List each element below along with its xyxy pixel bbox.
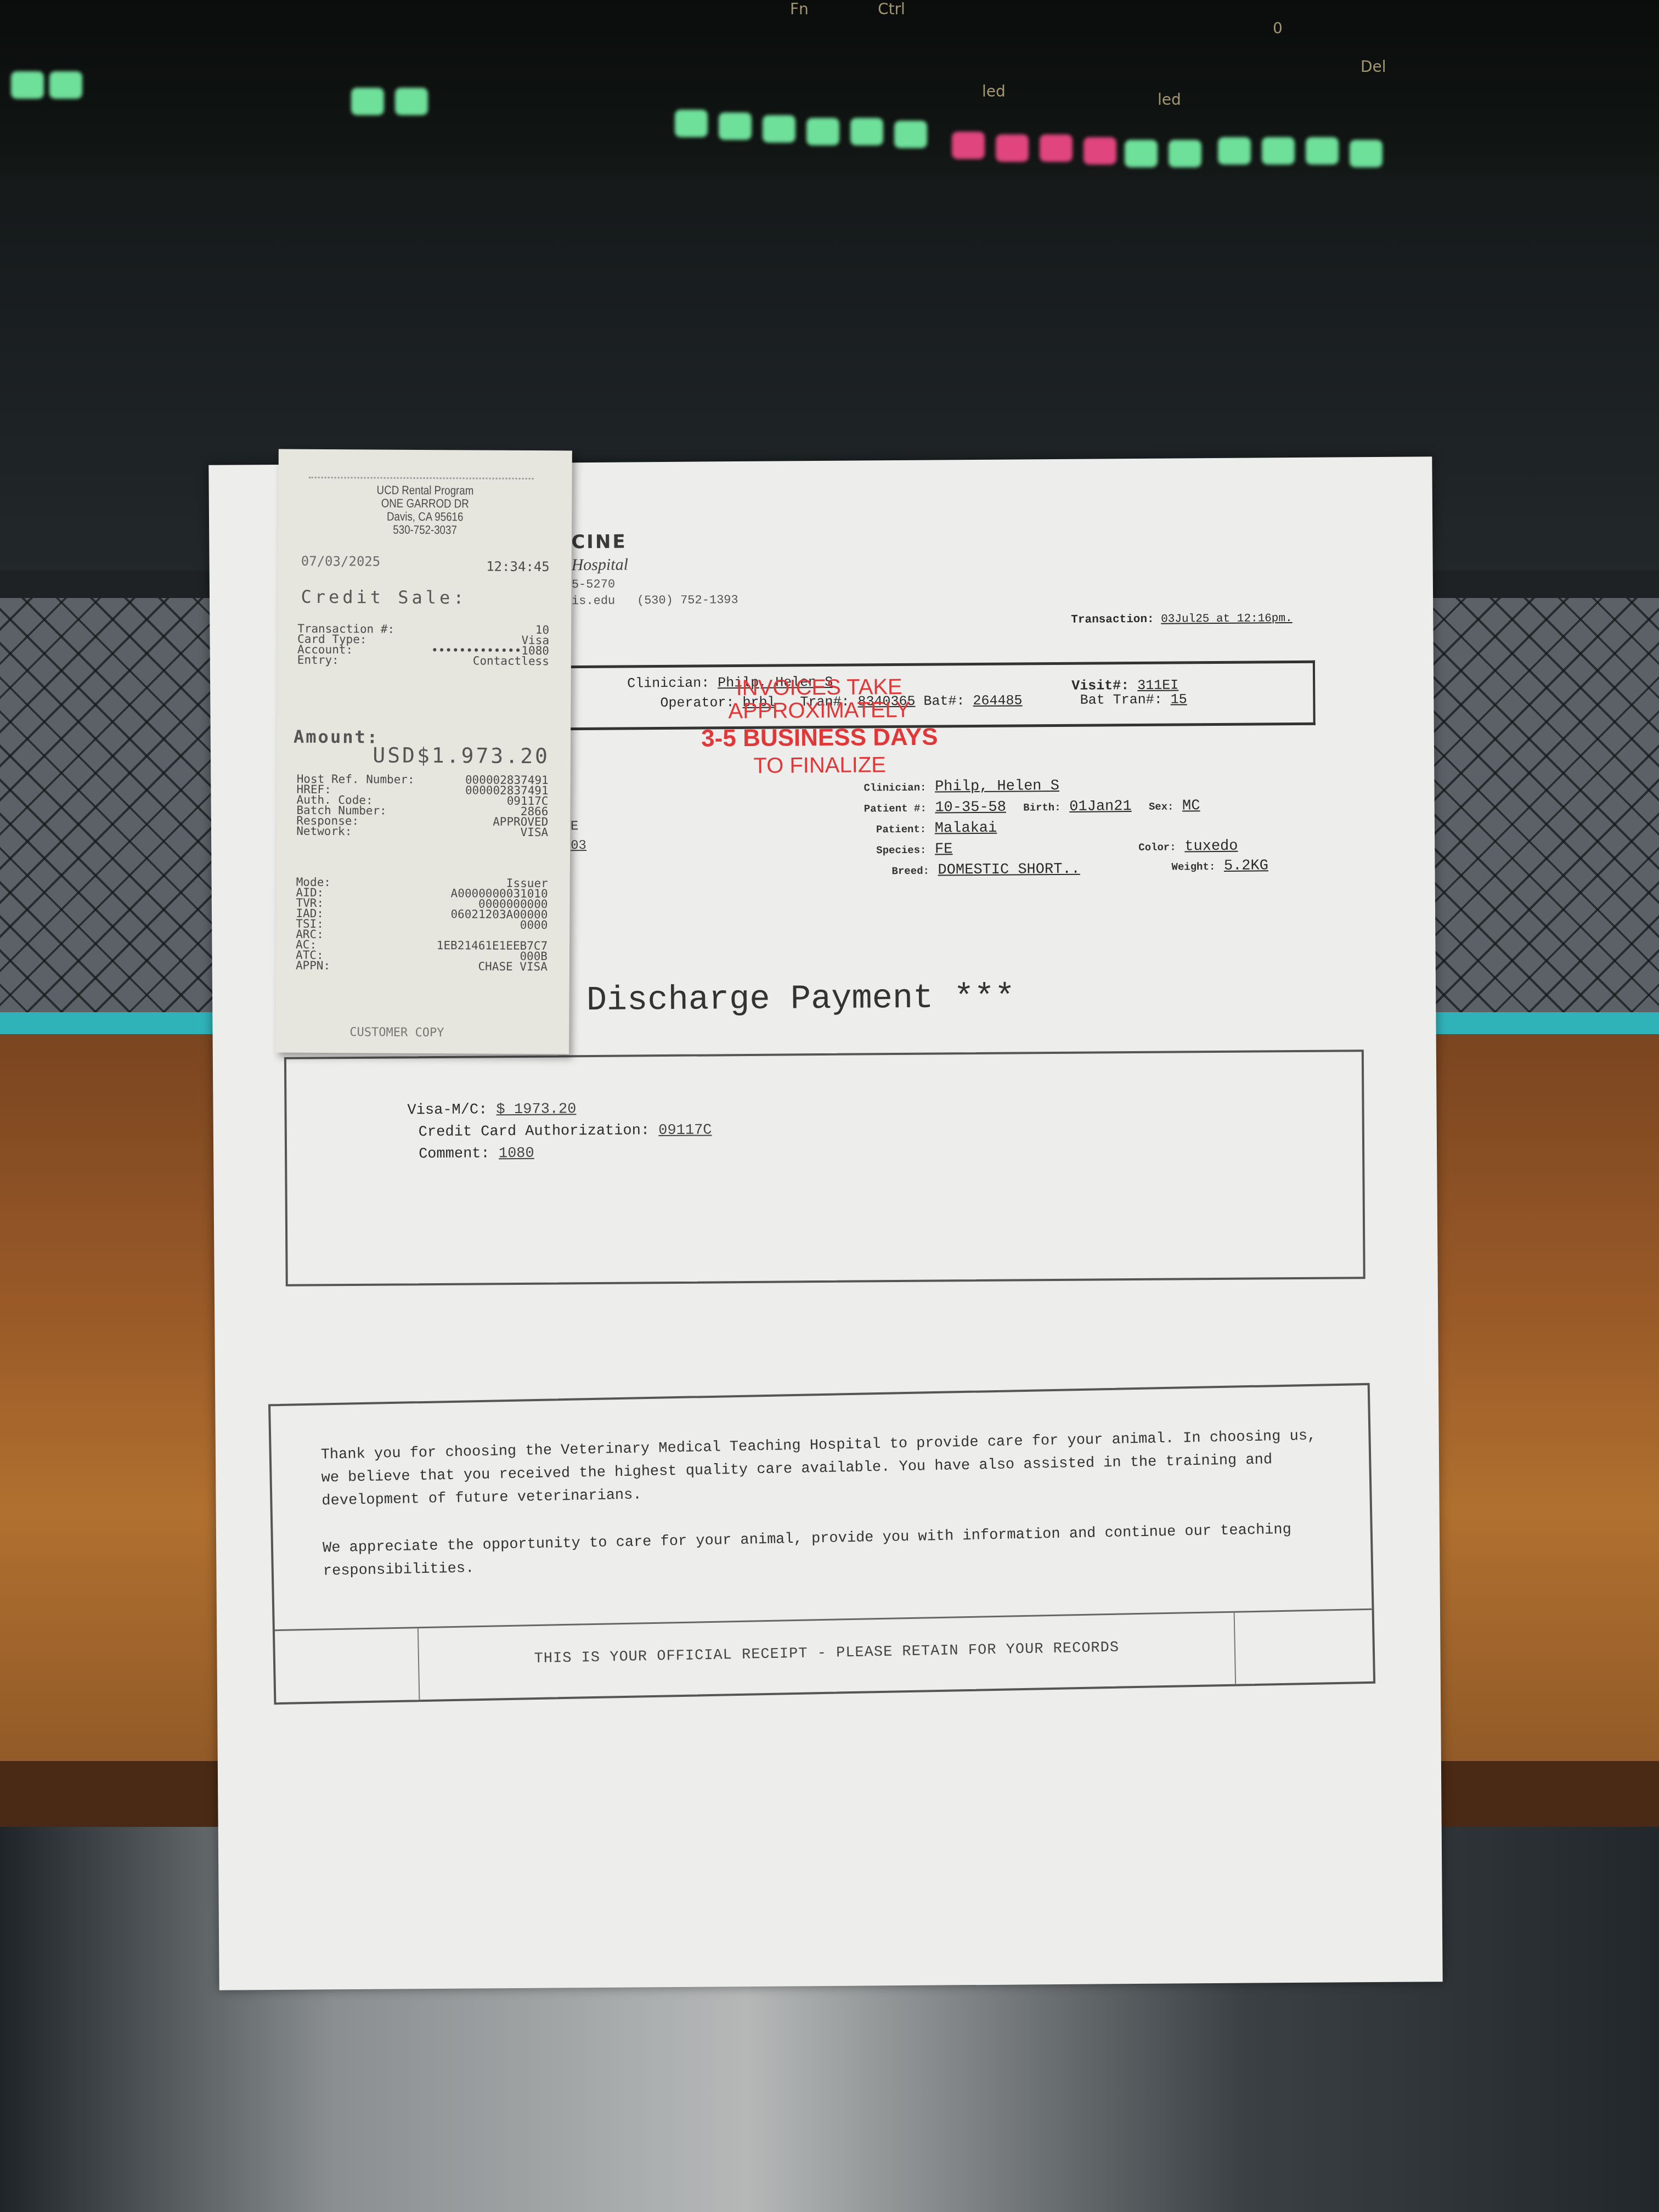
- key-backlight: [1350, 140, 1383, 167]
- key-legend: Ctrl: [878, 0, 905, 18]
- key-backlight: [351, 88, 384, 115]
- key-backlight: [806, 118, 839, 145]
- merchant-header: UCD Rental Program ONE GARROD DR Davis, …: [278, 483, 572, 538]
- bat-tran-label: Bat Tran#:: [1080, 692, 1162, 708]
- receipt-fields-mid: Host Ref. Number:000002837491HREF:000002…: [296, 774, 549, 838]
- header-phone: (530) 752-1393: [637, 593, 738, 607]
- key-backlight: [1306, 137, 1339, 165]
- transaction-line: Transaction: 03Jul25 at 12:16pm.: [1071, 612, 1292, 627]
- org-name-partial: CINE: [571, 531, 627, 554]
- card-receipt: UCD Rental Program ONE GARROD DR Davis, …: [275, 449, 572, 1054]
- official-receipt-row: THIS IS YOUR OFFICIAL RECEIPT - PLEASE R…: [275, 1609, 1373, 1702]
- merchant-name: UCD Rental Program: [301, 483, 550, 498]
- species-row: Species: FE: [876, 840, 952, 858]
- amount-label: Amount:: [294, 726, 379, 748]
- field-label: Species:: [876, 844, 926, 857]
- receipt-field-label: Entry:: [297, 655, 339, 665]
- key-backlight: [952, 132, 985, 159]
- key-backlight: [1084, 137, 1116, 165]
- thank-you-paragraph: Thank you for choosing the Veterinary Me…: [320, 1424, 1331, 1513]
- patient-number-row: Patient #: 10-35-58 Birth: 01Jan21 Sex: …: [864, 797, 1200, 816]
- field-label: Weight:: [1171, 861, 1215, 873]
- weight-row: Weight: 5.2KG: [1171, 857, 1268, 874]
- key-backlight: [1040, 134, 1073, 162]
- thank-you-message: Thank you for choosing the Veterinary Me…: [320, 1424, 1333, 1607]
- header-contact-line: is.edu (530) 752-1393: [572, 593, 738, 608]
- field-label: Clinician:: [864, 782, 926, 794]
- key-legend: led: [982, 82, 1006, 100]
- thank-you-box: Thank you for choosing the Veterinary Me…: [268, 1383, 1375, 1705]
- key-backlight: [395, 88, 428, 115]
- receipt-footer: CUSTOMER COPY: [349, 1025, 444, 1040]
- field-label: Visa-M/C:: [407, 1102, 487, 1119]
- transaction-label: Transaction:: [1071, 613, 1154, 627]
- field-label: Comment:: [419, 1145, 490, 1163]
- receipt-fields-top: Transaction #:10Card Type:VisaAccount:••…: [297, 624, 549, 667]
- thank-you-paragraph: We appreciate the opportunity to care fo…: [323, 1517, 1333, 1583]
- merchant-city: Davis, CA 95616: [300, 510, 550, 524]
- patient-name-row: Patient: Malakai: [876, 820, 997, 838]
- field-label: Patient:: [876, 823, 926, 836]
- key-backlight: [49, 71, 82, 99]
- receipt-row: Entry:Contactless: [297, 655, 549, 667]
- key-backlight: [11, 71, 44, 99]
- payment-box: Visa-M/C: $ 1973.20 Credit Card Authoriz…: [284, 1049, 1365, 1286]
- patient-name-value: Malakai: [935, 820, 997, 837]
- visa-amount-row: Visa-M/C: $ 1973.20: [407, 1101, 576, 1119]
- bat-value: 264485: [973, 692, 1022, 709]
- field-label: Credit Card Authorization:: [419, 1122, 650, 1141]
- receipt-field-value: VISA: [521, 827, 549, 838]
- amount-value: USD$1.973.20: [373, 743, 550, 769]
- sex-value: MC: [1182, 798, 1200, 814]
- authorization-code: 09117C: [658, 1122, 712, 1139]
- key-legend: Del: [1361, 58, 1386, 76]
- field-label: Breed:: [891, 865, 929, 877]
- payment-amount: $ 1973.20: [496, 1101, 576, 1118]
- table-cell: [1234, 1610, 1373, 1684]
- official-receipt-notice: THIS IS YOUR OFFICIAL RECEIPT - PLEASE R…: [418, 1638, 1235, 1670]
- key-backlight: [763, 115, 795, 143]
- field-label: Birth:: [1023, 802, 1061, 814]
- color-value: tuxedo: [1184, 838, 1238, 855]
- table-cell: [275, 1628, 420, 1702]
- receipt-field-label: APPN:: [296, 961, 330, 971]
- owner-info-partial: E: [571, 819, 579, 834]
- field-label: Sex:: [1149, 801, 1174, 813]
- receipt-time: 12:34:45: [486, 559, 550, 575]
- receipt-field-label: Network:: [296, 826, 352, 837]
- header-phone-partial: 5-5270: [572, 578, 615, 592]
- key-backlight: [675, 110, 708, 137]
- patient-number-value: 10-35-58: [935, 799, 1006, 816]
- breed-value: DOMESTIC SHORT..: [938, 861, 1080, 879]
- header-web-partial: is.edu: [572, 594, 615, 608]
- birth-value: 01Jan21: [1069, 798, 1132, 815]
- merchant-address: ONE GARROD DR: [300, 496, 550, 511]
- stamp-line: 3-5 BUSINESS DAYS: [677, 724, 962, 752]
- receipt-field-value: CHASE VISA: [478, 962, 548, 973]
- receipt-row: AC:1EB21461E1EEB7C7: [296, 940, 548, 951]
- receipt-divider: [309, 477, 534, 479]
- key-legend: Fn: [790, 0, 809, 18]
- authorization-row: Credit Card Authorization: 09117C: [419, 1122, 712, 1141]
- merchant-phone: 530-752-3037: [300, 523, 550, 537]
- comment-value: 1080: [499, 1145, 534, 1162]
- key-backlight: [850, 118, 883, 145]
- field-label: Color:: [1138, 842, 1176, 854]
- invoice-notice-stamp: INVOICES TAKE APPROXIMATELY 3-5 BUSINESS…: [676, 675, 962, 778]
- receipt-field-value: Contactless: [473, 656, 549, 667]
- receipt-field-value: 0000: [520, 920, 548, 930]
- comment-row: Comment: 1080: [419, 1145, 534, 1163]
- stamp-line: INVOICES TAKE: [676, 675, 962, 700]
- key-backlight: [719, 112, 752, 140]
- field-label: Patient #:: [864, 803, 927, 815]
- key-backlight: [1169, 140, 1201, 167]
- bat-tran-value: 15: [1171, 691, 1187, 707]
- receipt-title: Credit Sale:: [301, 586, 467, 608]
- stamp-line: TO FINALIZE: [677, 753, 962, 778]
- owner-info-partial: 03: [571, 838, 586, 853]
- species-value: FE: [935, 841, 953, 857]
- key-backlight: [1125, 140, 1158, 167]
- keyboard: Fn Ctrl led led Del 0: [0, 0, 1659, 176]
- key-backlight: [996, 134, 1029, 162]
- key-backlight: [1262, 137, 1295, 165]
- hospital-name-partial: Hospital: [571, 555, 628, 574]
- patient-clinician: Clinician: Philp, Helen S: [864, 777, 1059, 795]
- receipt-fields-emv: Mode:IssuerAID:A0000000031010TVR:0000000…: [296, 877, 548, 972]
- receipt-row: APPN:CHASE VISA: [296, 961, 548, 972]
- weight-value: 5.2KG: [1224, 857, 1268, 874]
- key-backlight: [1218, 137, 1251, 165]
- stamp-line: APPROXIMATELY: [676, 698, 962, 723]
- key-legend: 0: [1273, 19, 1283, 37]
- key-legend: led: [1158, 91, 1181, 109]
- receipt-date: 07/03/2025: [301, 554, 381, 569]
- breed-row: Breed: DOMESTIC SHORT..: [891, 861, 1080, 879]
- receipt-row: IAD:06021203A00000: [296, 909, 548, 920]
- section-title: ** Discharge Payment ***: [525, 978, 1015, 1020]
- color-row: Color: tuxedo: [1138, 838, 1238, 855]
- clinician-value: Philp, Helen S: [935, 778, 1059, 795]
- transaction-value: 03Jul25 at 12:16pm.: [1161, 612, 1293, 626]
- key-backlight: [894, 121, 927, 148]
